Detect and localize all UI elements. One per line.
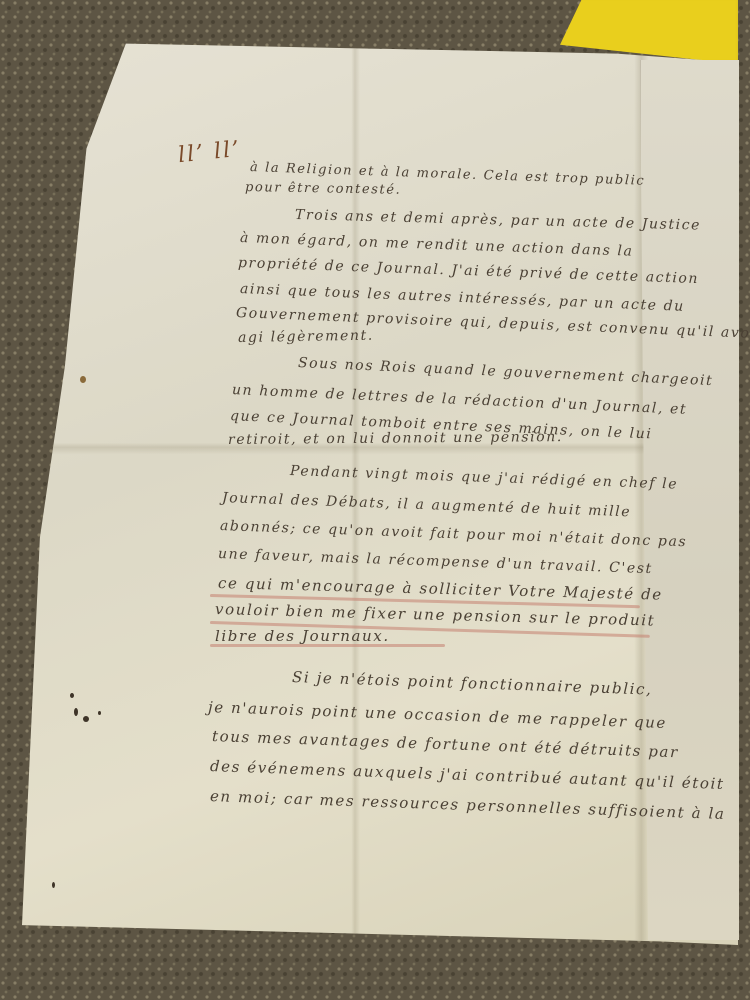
stain-spot (80, 376, 86, 383)
ink-blot (98, 711, 101, 715)
letter-folded-flap (640, 60, 739, 940)
handwritten-letter-page (22, 40, 738, 945)
ink-blot (70, 693, 74, 698)
ink-blot (52, 882, 55, 888)
ink-blot (74, 708, 78, 716)
ink-blot (83, 716, 89, 722)
